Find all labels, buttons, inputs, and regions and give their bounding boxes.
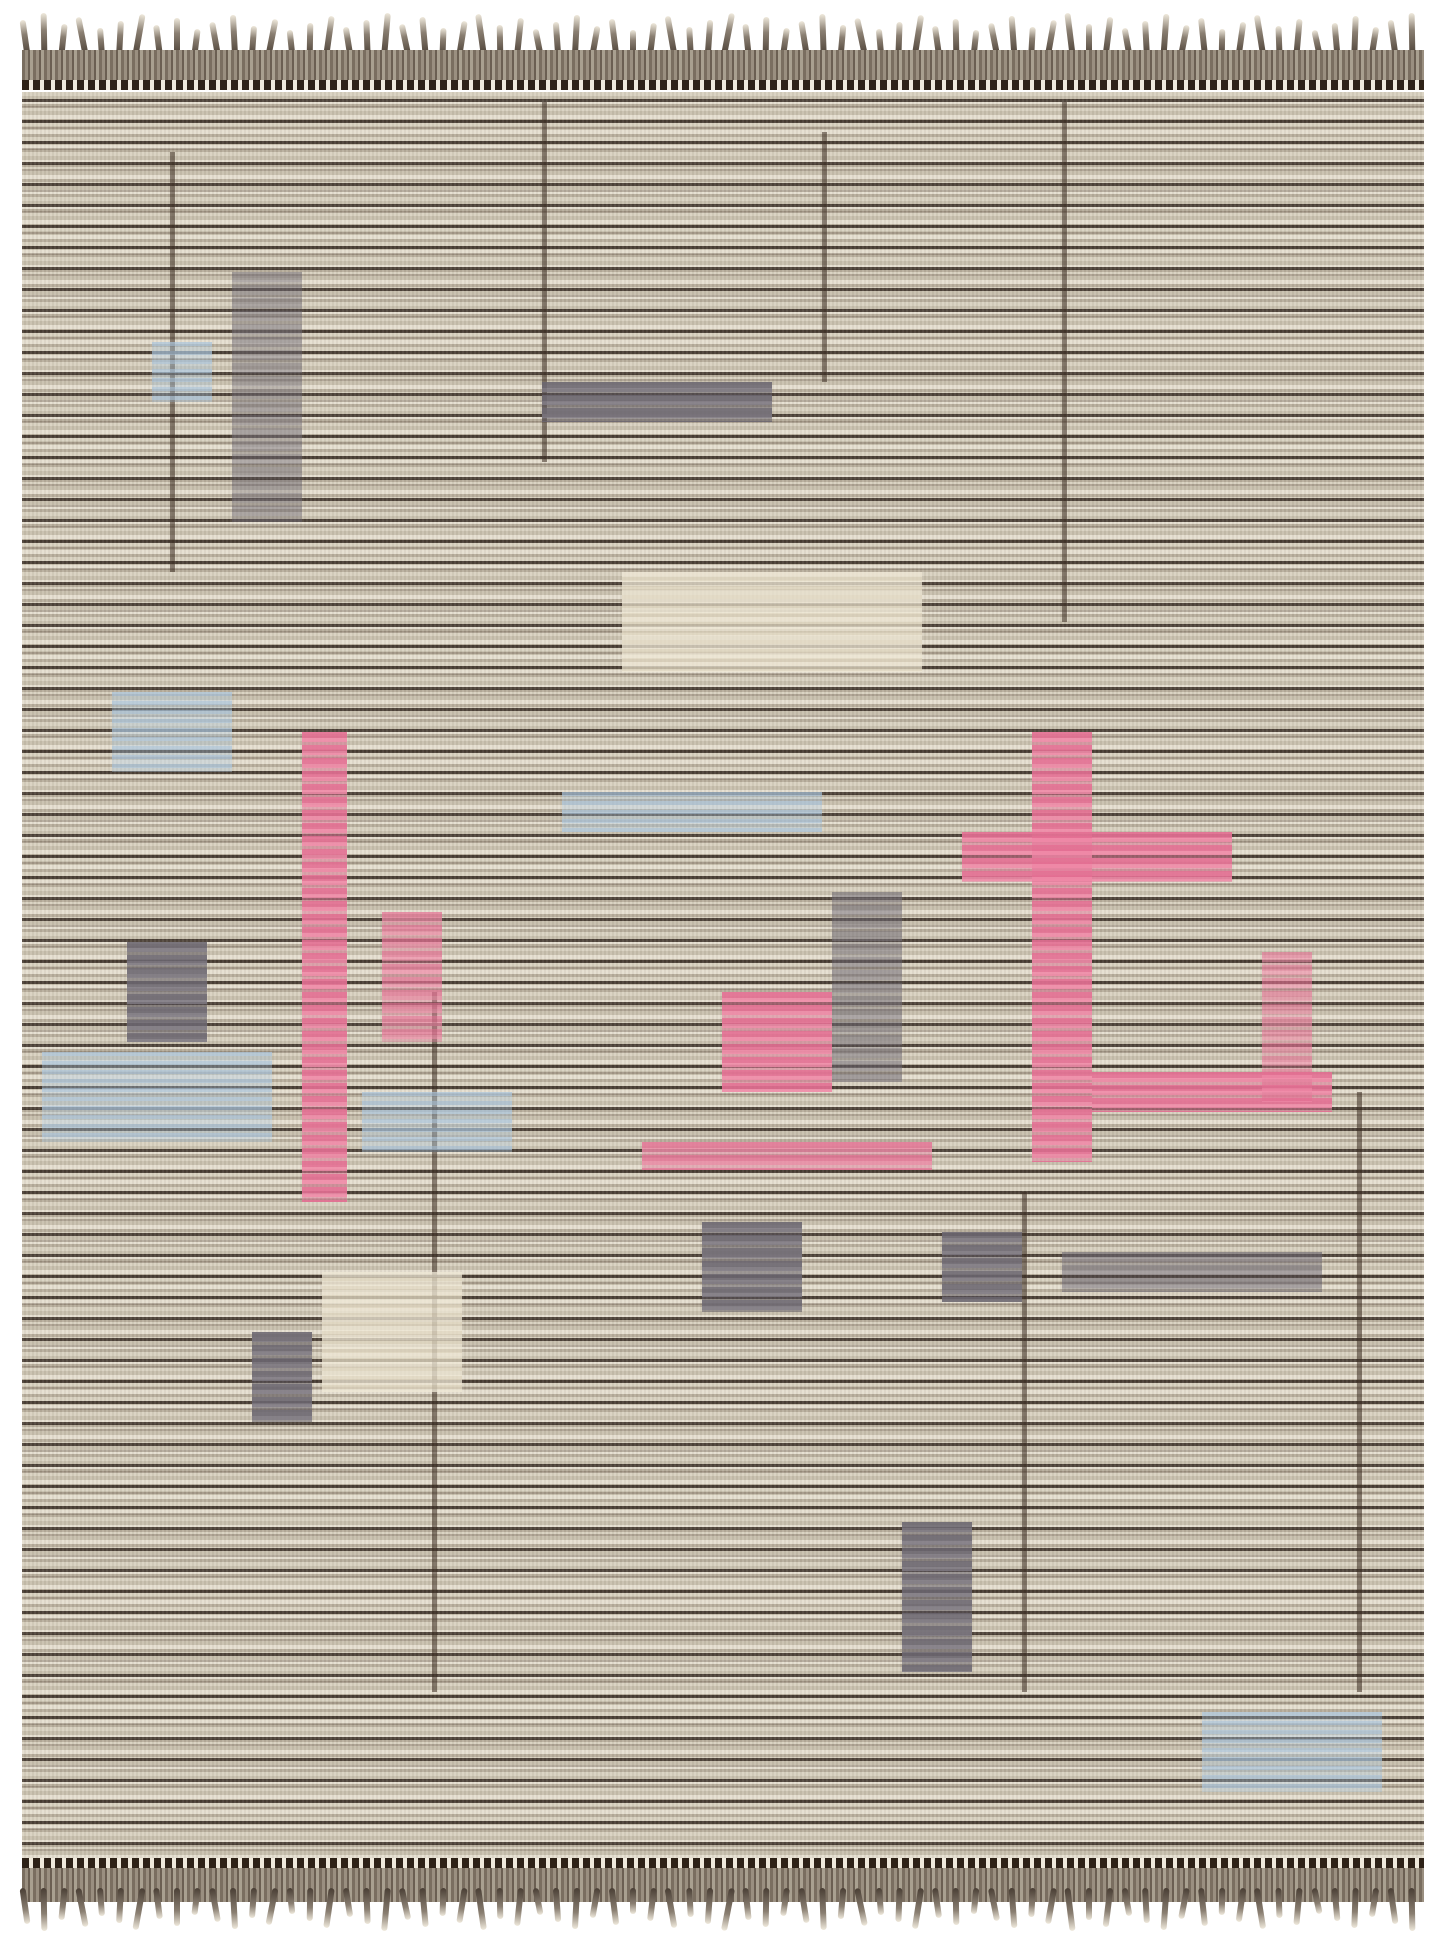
grey-motif (1062, 1252, 1322, 1292)
fringe-tassel (686, 1888, 694, 1917)
rug-photo (0, 0, 1445, 1954)
pink-motif (382, 912, 442, 1042)
fringe-tassel (971, 1888, 980, 1914)
fringe-tassel (1064, 1888, 1075, 1931)
fringe-tassel (1178, 1888, 1190, 1920)
fringe-tassel (572, 1888, 580, 1929)
fringe-tassel (323, 1888, 335, 1928)
fringe-tassel (876, 1888, 884, 1915)
fringe-tassel (381, 1888, 391, 1931)
blue-motif (42, 1052, 272, 1142)
blue-motif (562, 792, 822, 832)
fringe-tassel (705, 1888, 713, 1924)
fringe-tassel (41, 1888, 48, 1931)
fringe-tassel (1086, 1888, 1092, 1920)
fringe-tassel (132, 1888, 145, 1930)
fringe-tassel (819, 1888, 826, 1930)
motif-line (822, 132, 827, 382)
fringe-tassel (1198, 1888, 1208, 1926)
fringe-tassel (514, 1888, 524, 1926)
fringe-tassel (343, 1888, 353, 1918)
fringe-tassel (287, 1888, 296, 1914)
fringe-tassel (1122, 1888, 1133, 1917)
grey-motif (127, 942, 207, 1042)
fringe-tassel (209, 1888, 221, 1923)
blue-motif (112, 692, 232, 772)
fringe-tassel (266, 1888, 279, 1925)
fringe-tassel (97, 1888, 105, 1916)
fringe-tassel (553, 1888, 561, 1922)
fringe-tassel (780, 1888, 790, 1917)
blue-motif (152, 342, 212, 402)
grey-motif (902, 1522, 972, 1672)
pink-motif (1262, 952, 1312, 1102)
fringe-tassel (191, 1888, 200, 1916)
fringe-tassel (20, 1888, 31, 1924)
fringe-tassel (854, 1888, 868, 1926)
pink-motif (642, 1142, 932, 1170)
fringe-tassel (456, 1888, 467, 1924)
fringe-tassel (249, 1888, 257, 1918)
fringe-tassel (1369, 1888, 1379, 1918)
pink-motif (302, 732, 347, 1202)
grey-motif (232, 272, 302, 522)
fringe-tassel (1275, 1888, 1282, 1918)
top-chevron-border (22, 80, 1424, 90)
fringe-tassel (988, 1888, 1000, 1922)
fringe-tassel (1409, 1888, 1416, 1931)
fringe-tassel (419, 1888, 428, 1927)
bottom-fringe (18, 1888, 1428, 1936)
fringe-tassel (1103, 1888, 1114, 1927)
motif-line (1062, 102, 1067, 622)
fringe-tassel (230, 1888, 238, 1929)
grey-motif (702, 1222, 802, 1312)
fringe-tassel (953, 1888, 960, 1925)
fringe-tassel (1142, 1888, 1150, 1923)
pink-motif (1032, 732, 1092, 1162)
fringe-tassel (1254, 1888, 1266, 1929)
fringe-tassel (1293, 1888, 1302, 1925)
pink-motif (722, 992, 832, 1092)
fringe-tassel (1045, 1888, 1057, 1924)
grey-motif (252, 1332, 312, 1422)
fringe-tassel (665, 1888, 678, 1928)
fringe-tassel (475, 1888, 487, 1930)
fringe-tassel (798, 1888, 809, 1924)
fringe-tassel (174, 1888, 180, 1926)
fringe-tassel (763, 1888, 770, 1927)
fringe-tassel (609, 1888, 619, 1925)
fringe-tassel (153, 1888, 163, 1920)
fringe-tassel (647, 1888, 657, 1921)
fringe-tassel (838, 1888, 847, 1919)
motif-line (1357, 1092, 1362, 1692)
cream-motif (322, 1272, 462, 1392)
fringe-tassel (589, 1888, 600, 1919)
top-end-band (22, 50, 1424, 84)
fringe-tassel (307, 1888, 314, 1921)
fringe-tassel (1388, 1888, 1399, 1924)
fringe-tassel (363, 1888, 370, 1924)
grey-motif (832, 892, 902, 1082)
fringe-tassel (1161, 1888, 1170, 1930)
motif-line (1022, 1192, 1027, 1692)
fringe-tassel (932, 1888, 942, 1919)
pink-motif (962, 832, 1232, 882)
fringe-tassel (1332, 1888, 1341, 1921)
fringe-tassel (895, 1888, 902, 1922)
grey-motif (542, 382, 772, 422)
fringe-tassel (440, 1888, 447, 1916)
fringe-tassel (1009, 1888, 1018, 1928)
fringe-tassel (116, 1888, 124, 1923)
cream-motif (622, 572, 922, 672)
fringe-tassel (1219, 1888, 1225, 1915)
rug-pile-field (22, 92, 1424, 1858)
fringe-tassel (1351, 1888, 1358, 1928)
fringe-tassel (721, 1888, 735, 1931)
fringe-tassel (1028, 1888, 1036, 1917)
fringe-tassel (742, 1888, 751, 1920)
bottom-chevron-border (22, 1858, 1424, 1868)
blue-motif (362, 1092, 512, 1152)
fringe-tassel (912, 1888, 924, 1929)
fringe-tassel (1311, 1888, 1322, 1915)
fringe-tassel (532, 1888, 543, 1916)
grey-motif (942, 1232, 1022, 1302)
fringe-tassel (399, 1888, 412, 1921)
fringe-tassel (630, 1888, 636, 1914)
fringe-tassel (58, 1888, 67, 1920)
fringe-tassel (75, 1888, 88, 1927)
fringe-tassel (1236, 1888, 1247, 1923)
blue-motif (1202, 1712, 1382, 1792)
fringe-tassel (497, 1888, 504, 1919)
